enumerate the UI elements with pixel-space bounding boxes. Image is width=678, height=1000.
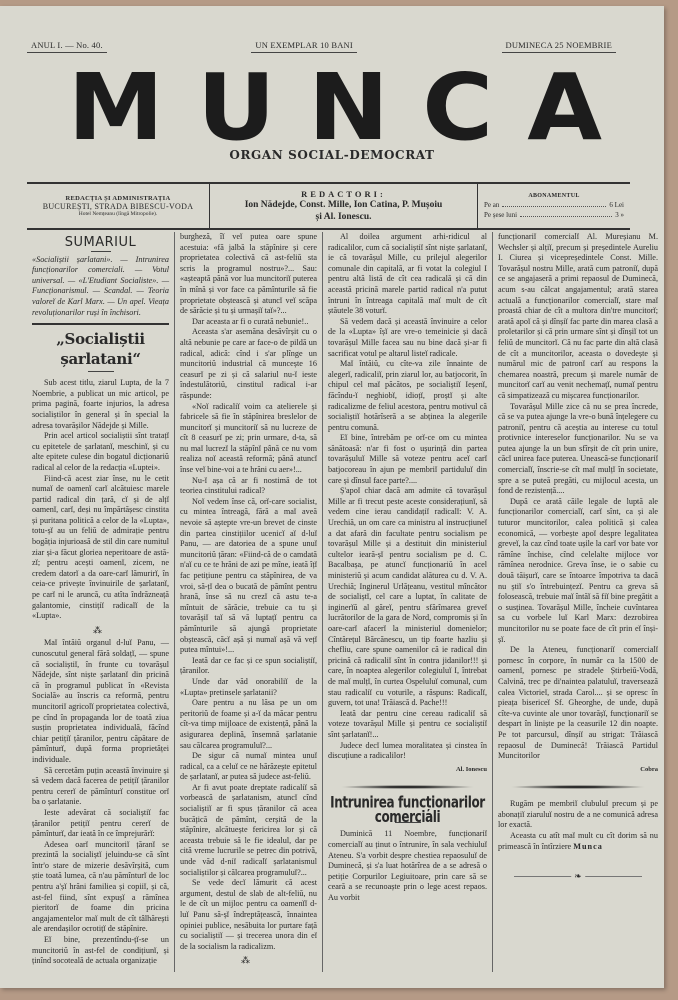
masthead-title: M U N C A — [70, 68, 600, 148]
masthead-letter: N — [308, 68, 389, 148]
column-3: Al doilea argument arhi-ridicul al radic… — [323, 232, 493, 972]
editors-names-1: Ion Nădejde, Const. Mille, Ion Catina, P… — [245, 199, 443, 211]
paragraph: Eĭ bine, prezentîndu-țĭ-se un muncitoriŭ… — [32, 935, 169, 967]
notice-box: Rugăm pe membriĭ clubuluĭ precum și pe a… — [498, 799, 658, 852]
info-bar: REDACȚIA ȘI ADMINISTRAȚIA BUCUREȘTI, STR… — [27, 182, 630, 230]
paragraph: Nu-ĭ așa că ar fi nostimă de tot teoriea… — [180, 476, 317, 497]
summary-text: «Socialiștii șarlatani». — Intrunirea fu… — [32, 255, 169, 319]
masthead-letter: M — [68, 68, 164, 148]
newspaper-page: ANUL I. — No. 40. UN EXEMPLAR 10 BANI DU… — [0, 6, 664, 988]
issue-price: UN EXEMPLAR 10 BANI — [251, 40, 357, 53]
paragraph: După ce arată căile legale de luptă ale … — [498, 497, 658, 645]
paragraph: Prin acel articol socialiștii sînt trata… — [32, 431, 169, 473]
paragraph: Să cercetăm puțin această învinuire și s… — [32, 766, 169, 808]
subscription-heading: ABONAMENTUL — [484, 193, 624, 199]
top-strip: ANUL I. — No. 40. UN EXEMPLAR 10 BANI DU… — [27, 40, 616, 53]
paragraph: Ș'apoĭ chiar dacă am admite că tovarășul… — [328, 486, 487, 708]
notice-text: Aceasta cu atît maĭ mult cu cît dorim să… — [498, 831, 658, 852]
editors-names-2: și Al. Ionescu. — [316, 211, 372, 223]
paragraph: Maĭ întăiŭ organul d-luĭ Panu, — cunoscu… — [32, 638, 169, 765]
paragraph: Ieată dar pentru cine cereau radicaliĭ s… — [328, 709, 487, 741]
paragraph: Fiind-că acest ziar înse, nu le cetit nu… — [32, 474, 169, 622]
article-columns: SUMARIUL «Socialiștii șarlatani». — Intr… — [27, 232, 663, 992]
dot-leader — [502, 201, 606, 207]
paragraph: Duminică 11 Noembre, funcționariĭ comerc… — [328, 829, 487, 903]
paragraph: Oare pentru a nu lăsa pe un om peritoriŭ… — [180, 698, 317, 751]
divider — [32, 323, 169, 325]
summary-title: SUMARIUL — [32, 238, 169, 249]
divider — [88, 371, 114, 372]
ornamental-rule — [340, 785, 475, 789]
paragraph: Se vede decĭ lămurit că acest argument, … — [180, 878, 317, 952]
dot-leader — [520, 211, 612, 217]
issue-date: DUMINECA 25 NOEMBRIE — [502, 40, 616, 53]
paragraph: Maĭ întăiŭ, cu cîte-va zile înnainte de … — [328, 359, 487, 433]
subscription-row: Pe șese luni 3 » — [484, 211, 624, 219]
paragraph: Tovarășul Mille zice că nu se prea încre… — [498, 402, 658, 497]
office-address: BUCUREȘTI, STRADA BIBESCU-VODA — [43, 202, 194, 211]
paragraph: Eĭ bine, întrebăm pe orĭ-ce om cu mintea… — [328, 433, 487, 486]
subscription-value: 3 » — [615, 211, 624, 219]
paragraph: De sigur că numaĭ mintea unuĭ radical, c… — [180, 751, 317, 783]
column-4: funcționariĭ comercialĭ Al. Mureșianu M.… — [493, 232, 663, 972]
article-signature: Al. Ionescu — [328, 765, 487, 776]
paragraph: funcționariĭ comercialĭ Al. Mureșianu M.… — [498, 232, 658, 402]
subscription-value: 6 Lei — [609, 201, 624, 209]
paragraph: Adesea oarĭ muncitoriĭ țăranĭ se prezint… — [32, 840, 169, 935]
editors-heading: REDACTORI: — [301, 189, 386, 199]
notice-brand: Munca — [573, 842, 603, 851]
masthead-letter: U — [197, 68, 275, 148]
paragraph: Să vedem dacă și această învinuire a cel… — [328, 317, 487, 359]
divider — [91, 251, 111, 252]
subscription-info: ABONAMENTUL Pe an 6 Lei Pe șese luni 3 » — [478, 184, 630, 228]
paragraph: De la Ateneu, funcționariĭ comercialĭ po… — [498, 645, 658, 762]
paragraph: Ieste adevărat că socialiștiĭ fac țărani… — [32, 808, 169, 840]
ornament-divider: ❧ — [514, 876, 642, 877]
subscription-label: Pe an — [484, 201, 499, 209]
paragraph: «Noĭ radicaliĭ voim ca atelierele și fab… — [180, 402, 317, 476]
article-title: Intrunirea funcționarilor comerciali — [328, 796, 487, 824]
paragraph: burgheză, îĭ veĭ putea oare spune acestu… — [180, 232, 317, 317]
subscription-row: Pe an 6 Lei — [484, 201, 624, 209]
office-info: REDACȚIA ȘI ADMINISTRAȚIA BUCUREȘTI, STR… — [27, 184, 210, 228]
paragraph: Noĭ vedem înse că, orĭ-care socialist, c… — [180, 497, 317, 656]
article-signature: Cobra — [498, 765, 658, 776]
paragraph: Aceasta s'ar asemăna desăvîrșit cu o alt… — [180, 327, 317, 401]
editors-info: REDACTORI: Ion Nădejde, Const. Mille, Io… — [210, 184, 478, 228]
paragraph: Ar fi avut poate dreptate radicaliĭ să v… — [180, 783, 317, 878]
masthead-subtitle: ORGAN SOCIAL-DEMOCRAT — [0, 148, 664, 162]
article-title: „Socialiștii șarlatani“ — [32, 329, 169, 369]
ornamental-rule — [510, 785, 646, 789]
paragraph: Unde dar văd onorabiliĭ de la «Lupta» pr… — [180, 677, 317, 698]
paragraph: Judece decĭ lumea moralitatea și cinstea… — [328, 741, 487, 762]
column-1: SUMARIUL «Socialiștii șarlatani». — Intr… — [27, 232, 175, 972]
paragraph: Dar aceasta ar fi o curată nebunie!.. — [180, 317, 317, 328]
issue-number: ANUL I. — No. 40. — [27, 40, 107, 53]
masthead-letter: A — [527, 68, 602, 148]
office-note: Hotel Nemțeanu (lîngă Mitropolie). — [79, 211, 158, 217]
masthead-letter: C — [423, 68, 494, 148]
section-stars: ⁂ — [180, 955, 317, 966]
paragraph: Sub acest titlu, ziarul Lupta, de la 7 N… — [32, 378, 169, 431]
notice-text: Rugăm pe membriĭ clubuluĭ precum și pe a… — [498, 799, 658, 831]
paragraph: Ieată dar ce fac și ce spun socialiștiĭ,… — [180, 656, 317, 677]
subscription-label: Pe șese luni — [484, 211, 517, 219]
paragraph: Al doilea argument arhi-ridicul al radic… — [328, 232, 487, 317]
ornament-glyph: ❧ — [571, 871, 585, 882]
section-stars: ⁂ — [32, 625, 169, 636]
column-2: burgheză, îĭ veĭ putea oare spune acestu… — [175, 232, 323, 972]
office-heading: REDACȚIA ȘI ADMINISTRAȚIA — [65, 195, 170, 202]
